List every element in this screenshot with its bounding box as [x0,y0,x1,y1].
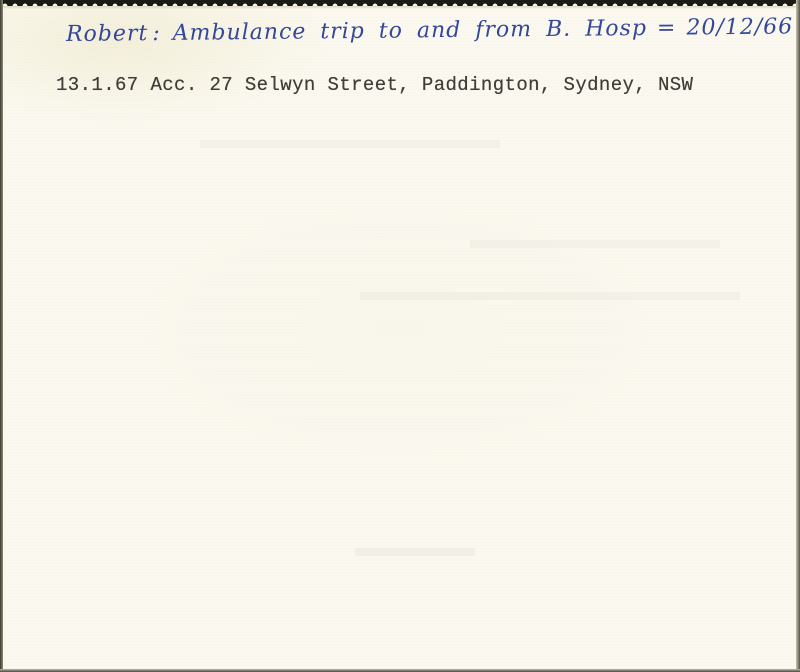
show-through-mark [200,140,500,148]
handwritten-colon: : [152,21,161,46]
show-through-mark [360,292,740,300]
card-left-edge [0,0,3,672]
show-through-mark [470,240,720,248]
typed-entry: 13.1.67 Acc. 27 Selwyn Street, Paddingto… [56,74,693,96]
show-through-mark [355,548,475,556]
handwritten-date: 20/12/66 [686,14,793,40]
index-card: Robert:Ambulance trip to and from B. Hos… [0,0,800,672]
handwritten-equals: = [657,16,677,41]
card-top-shadow [0,6,800,9]
typed-label: Acc. [150,74,197,96]
handwritten-name: Robert [66,21,149,47]
handwritten-note: Robert:Ambulance trip to and from B. Hos… [66,14,793,47]
typed-address: 27 Selwyn Street, Paddington, Sydney, NS… [209,74,693,96]
card-right-edge [796,0,800,672]
paper-texture [0,0,800,672]
handwritten-text: Ambulance trip to and from B. Hosp [173,16,648,46]
typed-date: 13.1.67 [56,74,139,96]
